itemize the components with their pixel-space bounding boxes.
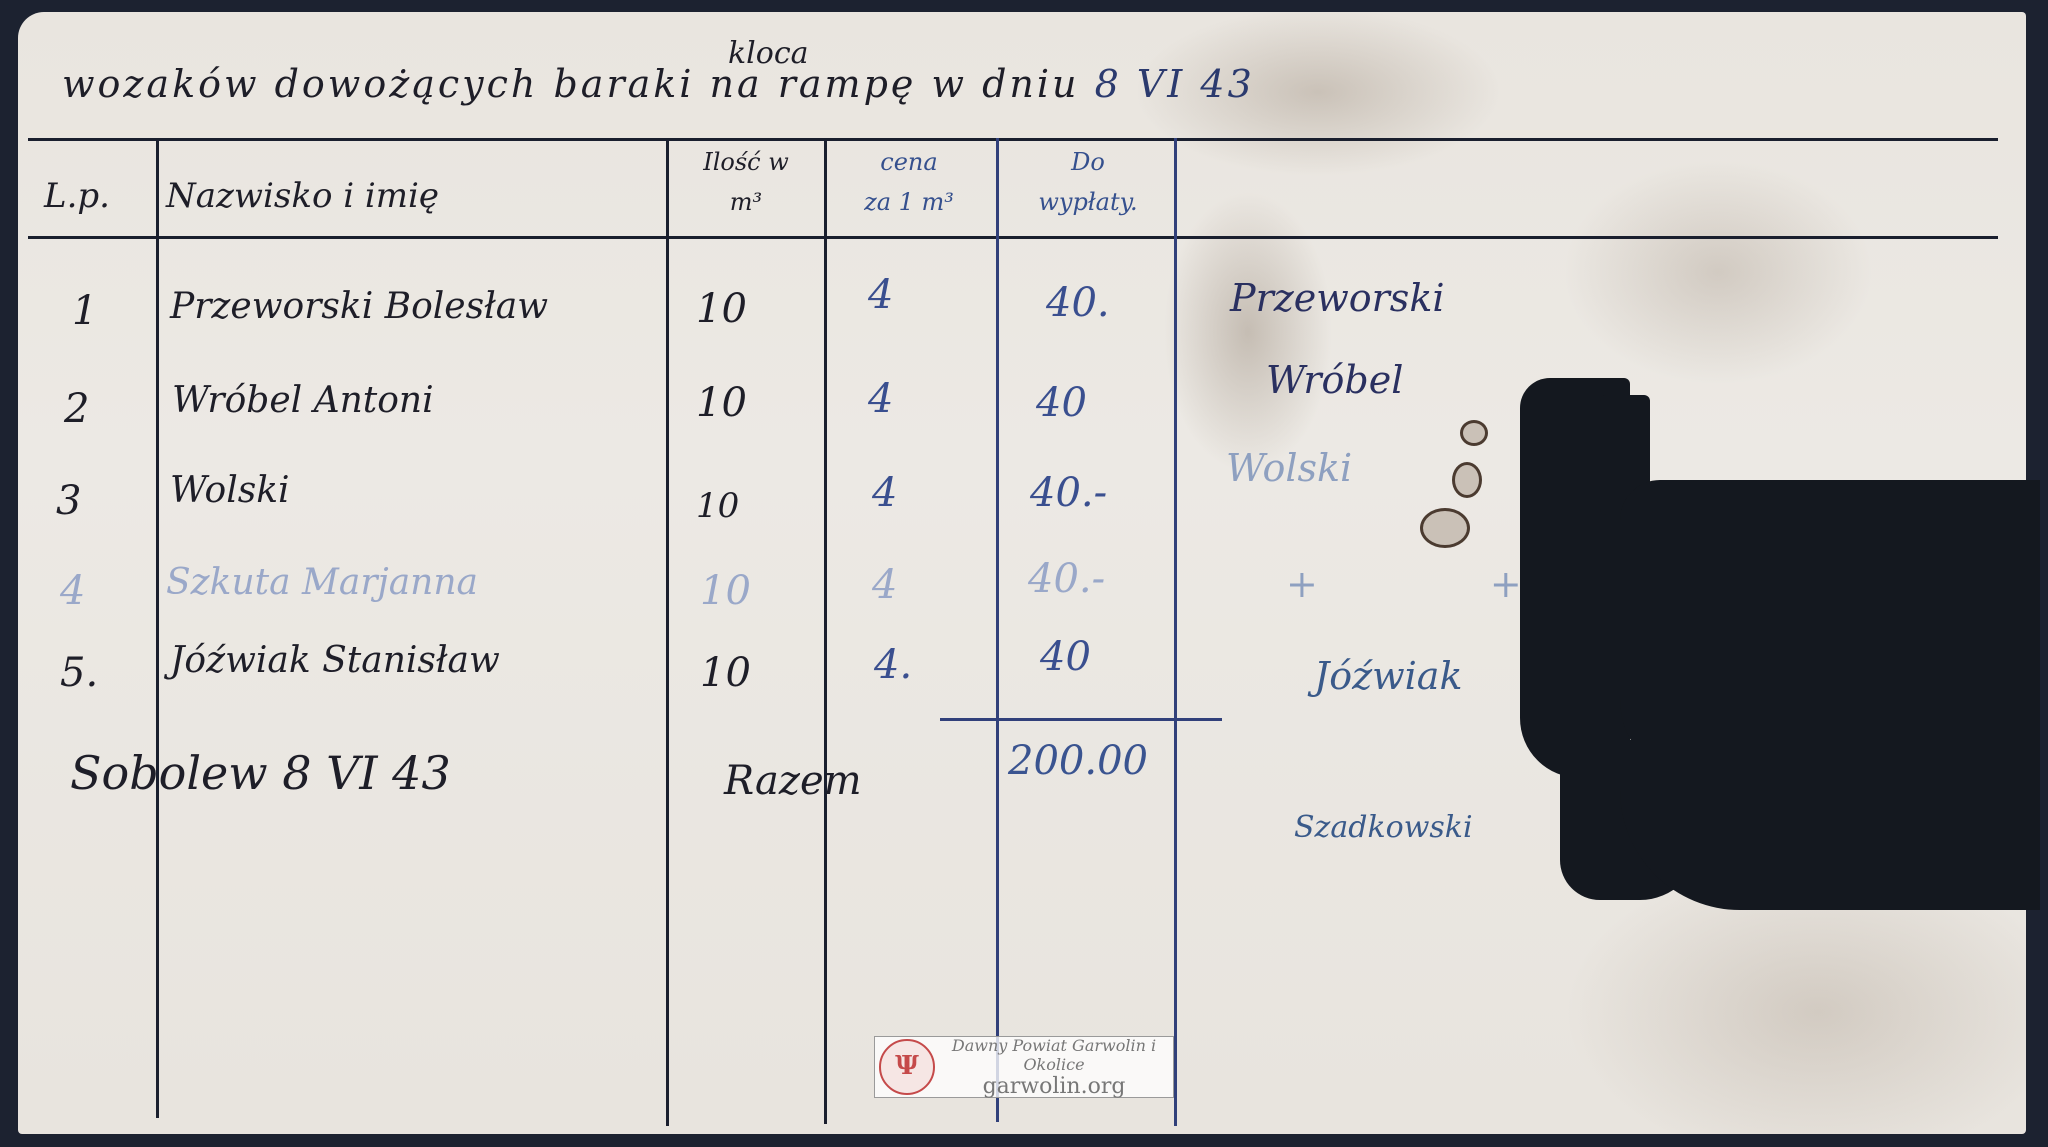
row-1-lp: 1 <box>72 288 97 334</box>
row-3-signature: Wolski <box>1226 446 1352 490</box>
header-qty: Ilość w m³ <box>676 148 816 216</box>
total-label: Razem <box>724 758 862 804</box>
row-1-price: 4 <box>868 272 893 318</box>
row-3-lp: 3 <box>56 478 81 524</box>
watermark-line2: garwolin.org <box>935 1074 1173 1099</box>
document-title: wozaków dowożących baraki na rampę w dni… <box>62 62 1255 106</box>
garwolin-seal-icon <box>879 1039 935 1095</box>
row-2-signature: Wróbel <box>1266 358 1403 402</box>
row-2-price: 4 <box>868 376 893 422</box>
row-4-qty: 10 <box>700 568 751 614</box>
header-payout: Do wypłaty. <box>1008 148 1168 216</box>
row-3-payout: 40.- <box>1030 470 1107 516</box>
header-payout-line2: wypłaty. <box>1008 188 1168 216</box>
column-divider <box>666 138 669 1126</box>
total-value: 200.00 <box>1008 738 1148 784</box>
row-3-name: Wolski <box>170 470 290 511</box>
row-4-name: Szkuta Marjanna <box>166 562 478 603</box>
column-divider <box>1174 138 1177 1126</box>
row-2-payout: 40 <box>1036 380 1087 426</box>
table-top-rule <box>28 138 1998 141</box>
title-text: wozaków dowożących baraki na rampę w dni… <box>62 62 1080 106</box>
extra-signature: Szadkowski <box>1294 810 1473 845</box>
row-5-name: Jóźwiak Stanisław <box>170 640 500 681</box>
row-1-name: Przeworski Bolesław <box>170 286 548 327</box>
row-5-price: 4. <box>874 642 912 688</box>
header-price-line2: za 1 m³ <box>834 188 984 216</box>
stain <box>1452 462 1482 498</box>
row-3-qty: 10 <box>696 486 739 526</box>
column-divider <box>156 138 159 1118</box>
header-payout-line1: Do <box>1008 148 1168 176</box>
header-bottom-rule <box>28 236 1998 239</box>
place-date: Sobolew 8 VI 43 <box>70 746 451 800</box>
row-2-name: Wróbel Antoni <box>172 380 434 421</box>
row-5-qty: 10 <box>700 650 751 696</box>
row-4-lp: 4 <box>60 568 85 614</box>
row-5-payout: 40 <box>1040 634 1091 680</box>
header-price: cena za 1 m³ <box>834 148 984 216</box>
row-1-qty: 10 <box>696 286 747 332</box>
header-name: Nazwisko i imię <box>166 176 439 216</box>
row-3-price: 4 <box>872 470 897 516</box>
total-rule <box>940 718 1222 721</box>
watermark-text: Dawny Powiat Garwolin i Okolice garwolin… <box>935 1036 1173 1099</box>
row-2-qty: 10 <box>696 380 747 426</box>
row-1-payout: 40. <box>1046 280 1110 326</box>
row-4-payout: 40.- <box>1028 556 1105 602</box>
row-5-lp: 5. <box>60 650 98 696</box>
header-qty-line1: Ilość w <box>676 148 816 176</box>
header-lp: L.p. <box>44 176 110 216</box>
column-divider <box>824 138 827 1124</box>
row-4-signature: + + <box>1286 562 1602 606</box>
watermark: Dawny Powiat Garwolin i Okolice garwolin… <box>874 1036 1174 1098</box>
header-price-line1: cena <box>834 148 984 176</box>
header-qty-line2: m³ <box>676 188 816 216</box>
watermark-line1: Dawny Powiat Garwolin i Okolice <box>935 1036 1173 1074</box>
row-1-signature: Przeworski <box>1230 276 1445 320</box>
column-divider <box>996 138 999 1122</box>
torn-hole <box>1620 780 2040 910</box>
title-date: 8 VI 43 <box>1095 62 1255 106</box>
row-5-signature: Jóźwiak <box>1314 654 1463 698</box>
row-2-lp: 2 <box>64 386 89 432</box>
row-4-price: 4 <box>872 562 897 608</box>
stain <box>1420 508 1470 548</box>
torn-hole <box>1620 480 2040 780</box>
stain <box>1460 420 1488 446</box>
